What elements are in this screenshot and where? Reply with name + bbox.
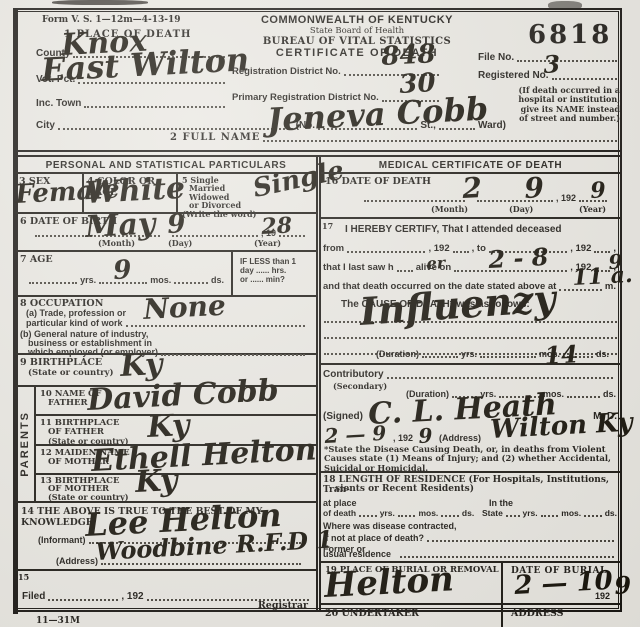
undertaker-address-cell: ADDRESS bbox=[503, 605, 620, 627]
primary-district-row: Primary Registration District No. bbox=[232, 92, 442, 103]
hospital-note: (If death occurred in a hospital or inst… bbox=[472, 86, 620, 124]
age-row: 7 AGE yrs. mos. ds. 9 IF LESS than 1 day… bbox=[16, 252, 316, 297]
attended-from-to-line: from , 192 , to , 192 , bbox=[323, 243, 616, 254]
death-occurred-line: and that death occurred on the date stat… bbox=[323, 281, 616, 292]
mother-birthplace-row: 13 BIRTHPLACE OF MOTHER (State or countr… bbox=[36, 475, 316, 501]
mos-label: mos. bbox=[539, 349, 560, 359]
certify-block: 17 I HEREBY CERTIFY, That I attended dec… bbox=[321, 219, 620, 365]
undertaker-label: 20 UNDERTAKER bbox=[325, 608, 419, 619]
full-name-row: 2 FULL NAME bbox=[170, 132, 620, 143]
if-not-label: if not at place of death? bbox=[323, 533, 424, 543]
burial-place-label: 19 PLACE OF BURIAL OR REMOVAL bbox=[325, 565, 499, 575]
father-bp-handwritten: Ky bbox=[147, 411, 191, 440]
residence-label-line2: sients or Recent Residents) bbox=[335, 484, 474, 494]
ds-label: ds. bbox=[596, 349, 609, 359]
place-of-death-heading: 1 PLACE OF DEATH bbox=[64, 29, 192, 40]
registration-district-label: Registration District No. bbox=[232, 66, 341, 77]
death-certificate-scan: Form V. S. 1—12m—4-13-19 1 PLACE OF DEAT… bbox=[0, 0, 640, 627]
signed-row: (Signed) C. L. Heath M. D. 2 — 9 , 192 9… bbox=[321, 401, 620, 443]
burial-date-label: DATE OF BURIAL bbox=[511, 566, 607, 576]
occupation-a-line1: (a) Trade, profession or bbox=[26, 308, 126, 318]
last-saw-year-prefix: , 192 bbox=[570, 262, 591, 273]
undertaker-cell: 20 UNDERTAKER bbox=[321, 605, 503, 627]
age-label: 7 AGE bbox=[20, 254, 53, 265]
scan-smudge bbox=[52, 0, 148, 5]
birthplace-sub-label: (State or country) bbox=[28, 368, 114, 378]
residence-row: 18 LENGTH OF RESIDENCE (For Hospitals, I… bbox=[321, 473, 620, 563]
inc-town-row: Inc. Town bbox=[36, 98, 228, 109]
burial-place-cell: 19 PLACE OF BURIAL OR REMOVAL Helton bbox=[321, 563, 503, 603]
dod-year-prefix: , 192 bbox=[556, 193, 576, 203]
from-year: , 192 bbox=[428, 243, 449, 254]
personal-column: PERSONAL AND STATISTICAL PARTICULARS 3 S… bbox=[16, 157, 316, 612]
ds-label: ds. bbox=[605, 508, 617, 518]
informant-line: (Informant) bbox=[38, 535, 304, 545]
print-run-note: 11—31M bbox=[36, 616, 80, 626]
of-death-label: of death bbox=[323, 508, 356, 518]
usual-residence-label: usual residence bbox=[323, 549, 391, 559]
if-less-line: or ...... min? bbox=[240, 275, 316, 284]
county-label: County bbox=[36, 48, 70, 59]
city-label: City bbox=[36, 120, 55, 131]
yrs-label: yrs. bbox=[523, 508, 538, 518]
date-of-birth-row: 6 DATE OF BIRTH , 19 (Month) (Day) (Year… bbox=[16, 214, 316, 252]
father-name-label2: FATHER bbox=[48, 398, 88, 408]
contributory-duration-line: (Duration) yrs. mos. ds. bbox=[406, 389, 616, 399]
contributory-label: Contributory bbox=[323, 369, 384, 380]
occupation-row: 8 OCCUPATION (a) Trade, profession or pa… bbox=[16, 297, 316, 355]
mos-label: mos. bbox=[150, 275, 171, 285]
to-label: , to bbox=[472, 243, 486, 254]
year-caption: (Year) bbox=[579, 204, 606, 214]
personal-title: PERSONAL AND STATISTICAL PARTICULARS bbox=[16, 157, 316, 174]
duration-label: (Duration) bbox=[376, 349, 419, 359]
informant-address-label: (Address) bbox=[56, 556, 98, 566]
occurred-text: and that death occurred on the date stat… bbox=[323, 281, 556, 292]
mother-bp-label3: (State or country) bbox=[48, 492, 129, 502]
registrar-label: Registrar bbox=[258, 600, 308, 611]
signed-year-prefix: , 192 bbox=[393, 433, 413, 443]
age-blank-line: yrs. mos. ds. bbox=[26, 275, 224, 285]
parents-block: PARENTS 10 NAME OF FATHER David Cobb 11 … bbox=[16, 387, 316, 503]
parents-strip: PARENTS bbox=[16, 387, 36, 501]
signed-date-handwritten: 2 — 9 bbox=[324, 424, 387, 445]
father-name-row: 10 NAME OF FATHER David Cobb bbox=[36, 387, 316, 416]
voting-precinct-row: Vot. Pct. bbox=[36, 74, 228, 85]
burial-year-prefix: 192 bbox=[595, 591, 610, 601]
affirmation-label: 14 THE ABOVE IS TRUE TO THE BEST OF MY K… bbox=[21, 506, 316, 528]
last-saw-line: that I last saw h alive on , 192 , bbox=[323, 262, 616, 273]
birthplace-row: 9 BIRTHPLACE (State or country) Ky bbox=[16, 355, 316, 387]
bureau-subtitle: BUREAU OF VITAL STATISTICS bbox=[232, 36, 482, 47]
hospital-note-line: of street and number.) bbox=[472, 114, 620, 123]
informant-row: 14 THE ABOVE IS TRUE TO THE BEST OF MY K… bbox=[16, 503, 316, 571]
city-row: City (No. St., Ward) bbox=[36, 120, 506, 131]
yrs-label: yrs. bbox=[461, 349, 477, 359]
comma: , bbox=[613, 262, 616, 273]
section-17-number: 17 bbox=[322, 221, 333, 231]
race-label: 4 COLOR OR RACE bbox=[87, 176, 176, 198]
duration-label: (Duration) bbox=[406, 389, 449, 399]
birthplace-handwritten: Ky bbox=[120, 351, 164, 380]
month-caption: (Month) bbox=[431, 204, 468, 214]
signed-address-label: (Address) bbox=[439, 433, 481, 443]
occupation-a-line2-text: particular kind of work bbox=[26, 318, 123, 328]
day-caption: (Day) bbox=[509, 204, 533, 214]
file-number-stamp: 6818 bbox=[528, 20, 612, 50]
state-label: State bbox=[482, 508, 503, 518]
dob-year-prefix: , 19 bbox=[261, 228, 276, 238]
certificate-header: Form V. S. 1—12m—4-13-19 1 PLACE OF DEAT… bbox=[16, 10, 620, 152]
informant-label: (Informant) bbox=[38, 535, 86, 545]
street-number-label: (No. bbox=[296, 120, 315, 131]
county-row: County bbox=[36, 48, 228, 59]
burial-date-cell: DATE OF BURIAL 2 — 10 192 9 bbox=[503, 563, 620, 603]
mos-label: mos. bbox=[543, 389, 564, 399]
month-caption: (Month) bbox=[98, 238, 135, 248]
state-board-subtitle: State Board of Health bbox=[232, 26, 482, 36]
primary-district-label: Primary Registration District No. bbox=[232, 92, 379, 103]
medical-column: MEDICAL CERTIFICATE OF DEATH 16 DATE OF … bbox=[321, 157, 620, 612]
cause-duration-line: (Duration) yrs. mos. ds. bbox=[376, 349, 616, 359]
day-caption: (Day) bbox=[168, 238, 192, 248]
if-less-line: IF LESS than 1 bbox=[240, 257, 316, 266]
dod-label: 16 DATE OF DEATH bbox=[325, 176, 431, 187]
cause-blank-line bbox=[324, 321, 617, 323]
cause-footnote: *State the Disease Causing Death, or, in… bbox=[321, 443, 620, 473]
dob-label: 6 DATE OF BIRTH bbox=[20, 216, 117, 227]
state-heading-block: COMMONWEALTH OF KENTUCKY State Board of … bbox=[232, 14, 482, 59]
parents-label: PARENTS bbox=[19, 411, 31, 477]
certificate-frame: Form V. S. 1—12m—4-13-19 1 PLACE OF DEAT… bbox=[14, 8, 622, 612]
to-year: , 192 bbox=[570, 243, 591, 254]
certificate-body: PERSONAL AND STATISTICAL PARTICULARS 3 S… bbox=[16, 157, 620, 612]
ds-label: ds. bbox=[603, 389, 616, 399]
yrs-label: yrs. bbox=[80, 275, 96, 285]
section-15-number: 15 bbox=[18, 572, 29, 582]
mos-label: mos. bbox=[418, 508, 438, 518]
ds-label: ds. bbox=[462, 508, 474, 518]
file-no-label: File No. bbox=[478, 52, 514, 63]
residence-blank-line: of death yrs. mos. ds. State yrs. mos. d… bbox=[323, 508, 617, 518]
mother-name-row: 12 MAIDEN NAME OF MOTHER Ethell Helton bbox=[36, 446, 316, 475]
file-no-row: File No. bbox=[478, 52, 620, 63]
birthplace-label: 9 BIRTHPLACE bbox=[20, 357, 102, 368]
occupation-a-line2: particular kind of work bbox=[26, 318, 308, 328]
sex-race-marital-row: 3 SEX 4 COLOR OR RACE 5 Single Married W… bbox=[16, 174, 316, 214]
burial-row: 19 PLACE OF BURIAL OR REMOVAL Helton DAT… bbox=[321, 563, 620, 605]
mos-label: mos. bbox=[561, 508, 581, 518]
at-place-label: at place bbox=[323, 498, 357, 508]
marital-cell: 5 Single Married Widowed or Divorced (Wr… bbox=[178, 174, 316, 212]
registered-no-row: Registered No. bbox=[478, 70, 620, 81]
filed-row: 15 Filed , 192 Registrar bbox=[16, 571, 316, 614]
date-of-death-row: 16 DATE OF DEATH , 192 (Month) (Day) (Ye… bbox=[321, 174, 620, 219]
in-the-label: In the bbox=[489, 498, 513, 508]
if-less-box: IF LESS than 1 day ...... hrs. or ......… bbox=[231, 252, 316, 295]
ds-label: ds. bbox=[211, 275, 224, 285]
certificate-title: CERTIFICATE OF DEATH bbox=[232, 47, 482, 59]
burial-year-handwritten: 9 bbox=[614, 574, 632, 596]
informant-address-line: (Address) bbox=[56, 556, 304, 566]
from-label: from bbox=[323, 243, 344, 254]
form-number: Form V. S. 1—12m—4-13-19 bbox=[42, 15, 181, 25]
mother-name-label2: OF MOTHER bbox=[48, 457, 109, 467]
usual-residence-line: usual residence bbox=[323, 549, 617, 559]
filed-label: Filed bbox=[22, 591, 45, 602]
year-caption: (Year) bbox=[254, 238, 281, 248]
undertaker-address-label: ADDRESS bbox=[511, 608, 564, 619]
father-bp-label3: (State or country) bbox=[48, 436, 129, 446]
filed-year-prefix: , 192 bbox=[121, 591, 143, 602]
yrs-label: yrs. bbox=[480, 389, 496, 399]
medical-title: MEDICAL CERTIFICATE OF DEATH bbox=[321, 157, 620, 174]
m-label: m. bbox=[605, 281, 616, 292]
sex-cell: 3 SEX bbox=[16, 174, 84, 212]
parents-rows: 10 NAME OF FATHER David Cobb 11 BIRTHPLA… bbox=[36, 387, 316, 501]
vot-pct-label: Vot. Pct. bbox=[36, 74, 75, 85]
md-label: M. D. bbox=[593, 411, 617, 422]
inc-town-label: Inc. Town bbox=[36, 98, 81, 109]
sex-label: 3 SEX bbox=[19, 176, 50, 187]
dod-blank-line: , 192 bbox=[361, 193, 610, 203]
certify-statement: I HEREBY CERTIFY, That I attended deceas… bbox=[345, 224, 562, 235]
if-not-line: if not at place of death? bbox=[323, 533, 617, 543]
race-cell: 4 COLOR OR RACE bbox=[84, 174, 178, 212]
cause-blank-line bbox=[324, 337, 617, 339]
registered-no-label: Registered No. bbox=[478, 70, 549, 81]
contributory-line: Contributory bbox=[323, 369, 616, 380]
contributory-row: Contributory (Secondary) (Duration) yrs.… bbox=[321, 365, 620, 401]
full-name-label: 2 FULL NAME bbox=[170, 132, 260, 143]
secondary-label: (Secondary) bbox=[333, 381, 387, 391]
where-contracted-label: Where was disease contracted, bbox=[323, 521, 457, 531]
yrs-label: yrs. bbox=[380, 508, 395, 518]
alive-on-label: alive on bbox=[416, 262, 451, 273]
street-label: St., bbox=[420, 120, 436, 131]
father-birthplace-row: 11 BIRTHPLACE OF FATHER (State or countr… bbox=[36, 416, 316, 446]
footnote-line: Suicidal or Homicidal. bbox=[324, 464, 617, 473]
dob-blank-line: , 19 bbox=[32, 228, 308, 238]
commonwealth-title: COMMONWEALTH OF KENTUCKY bbox=[232, 14, 482, 26]
signed-label: (Signed) bbox=[323, 411, 363, 422]
last-saw-text: that I last saw h bbox=[323, 262, 394, 273]
if-less-line: day ...... hrs. bbox=[240, 266, 316, 275]
registration-district-row: Registration District No. bbox=[232, 66, 442, 77]
undertaker-row: 20 UNDERTAKER ADDRESS bbox=[321, 605, 620, 627]
comma: , bbox=[613, 243, 616, 254]
cause-of-death-label: The CAUSE OF DEATH* was as follows: bbox=[341, 299, 530, 310]
